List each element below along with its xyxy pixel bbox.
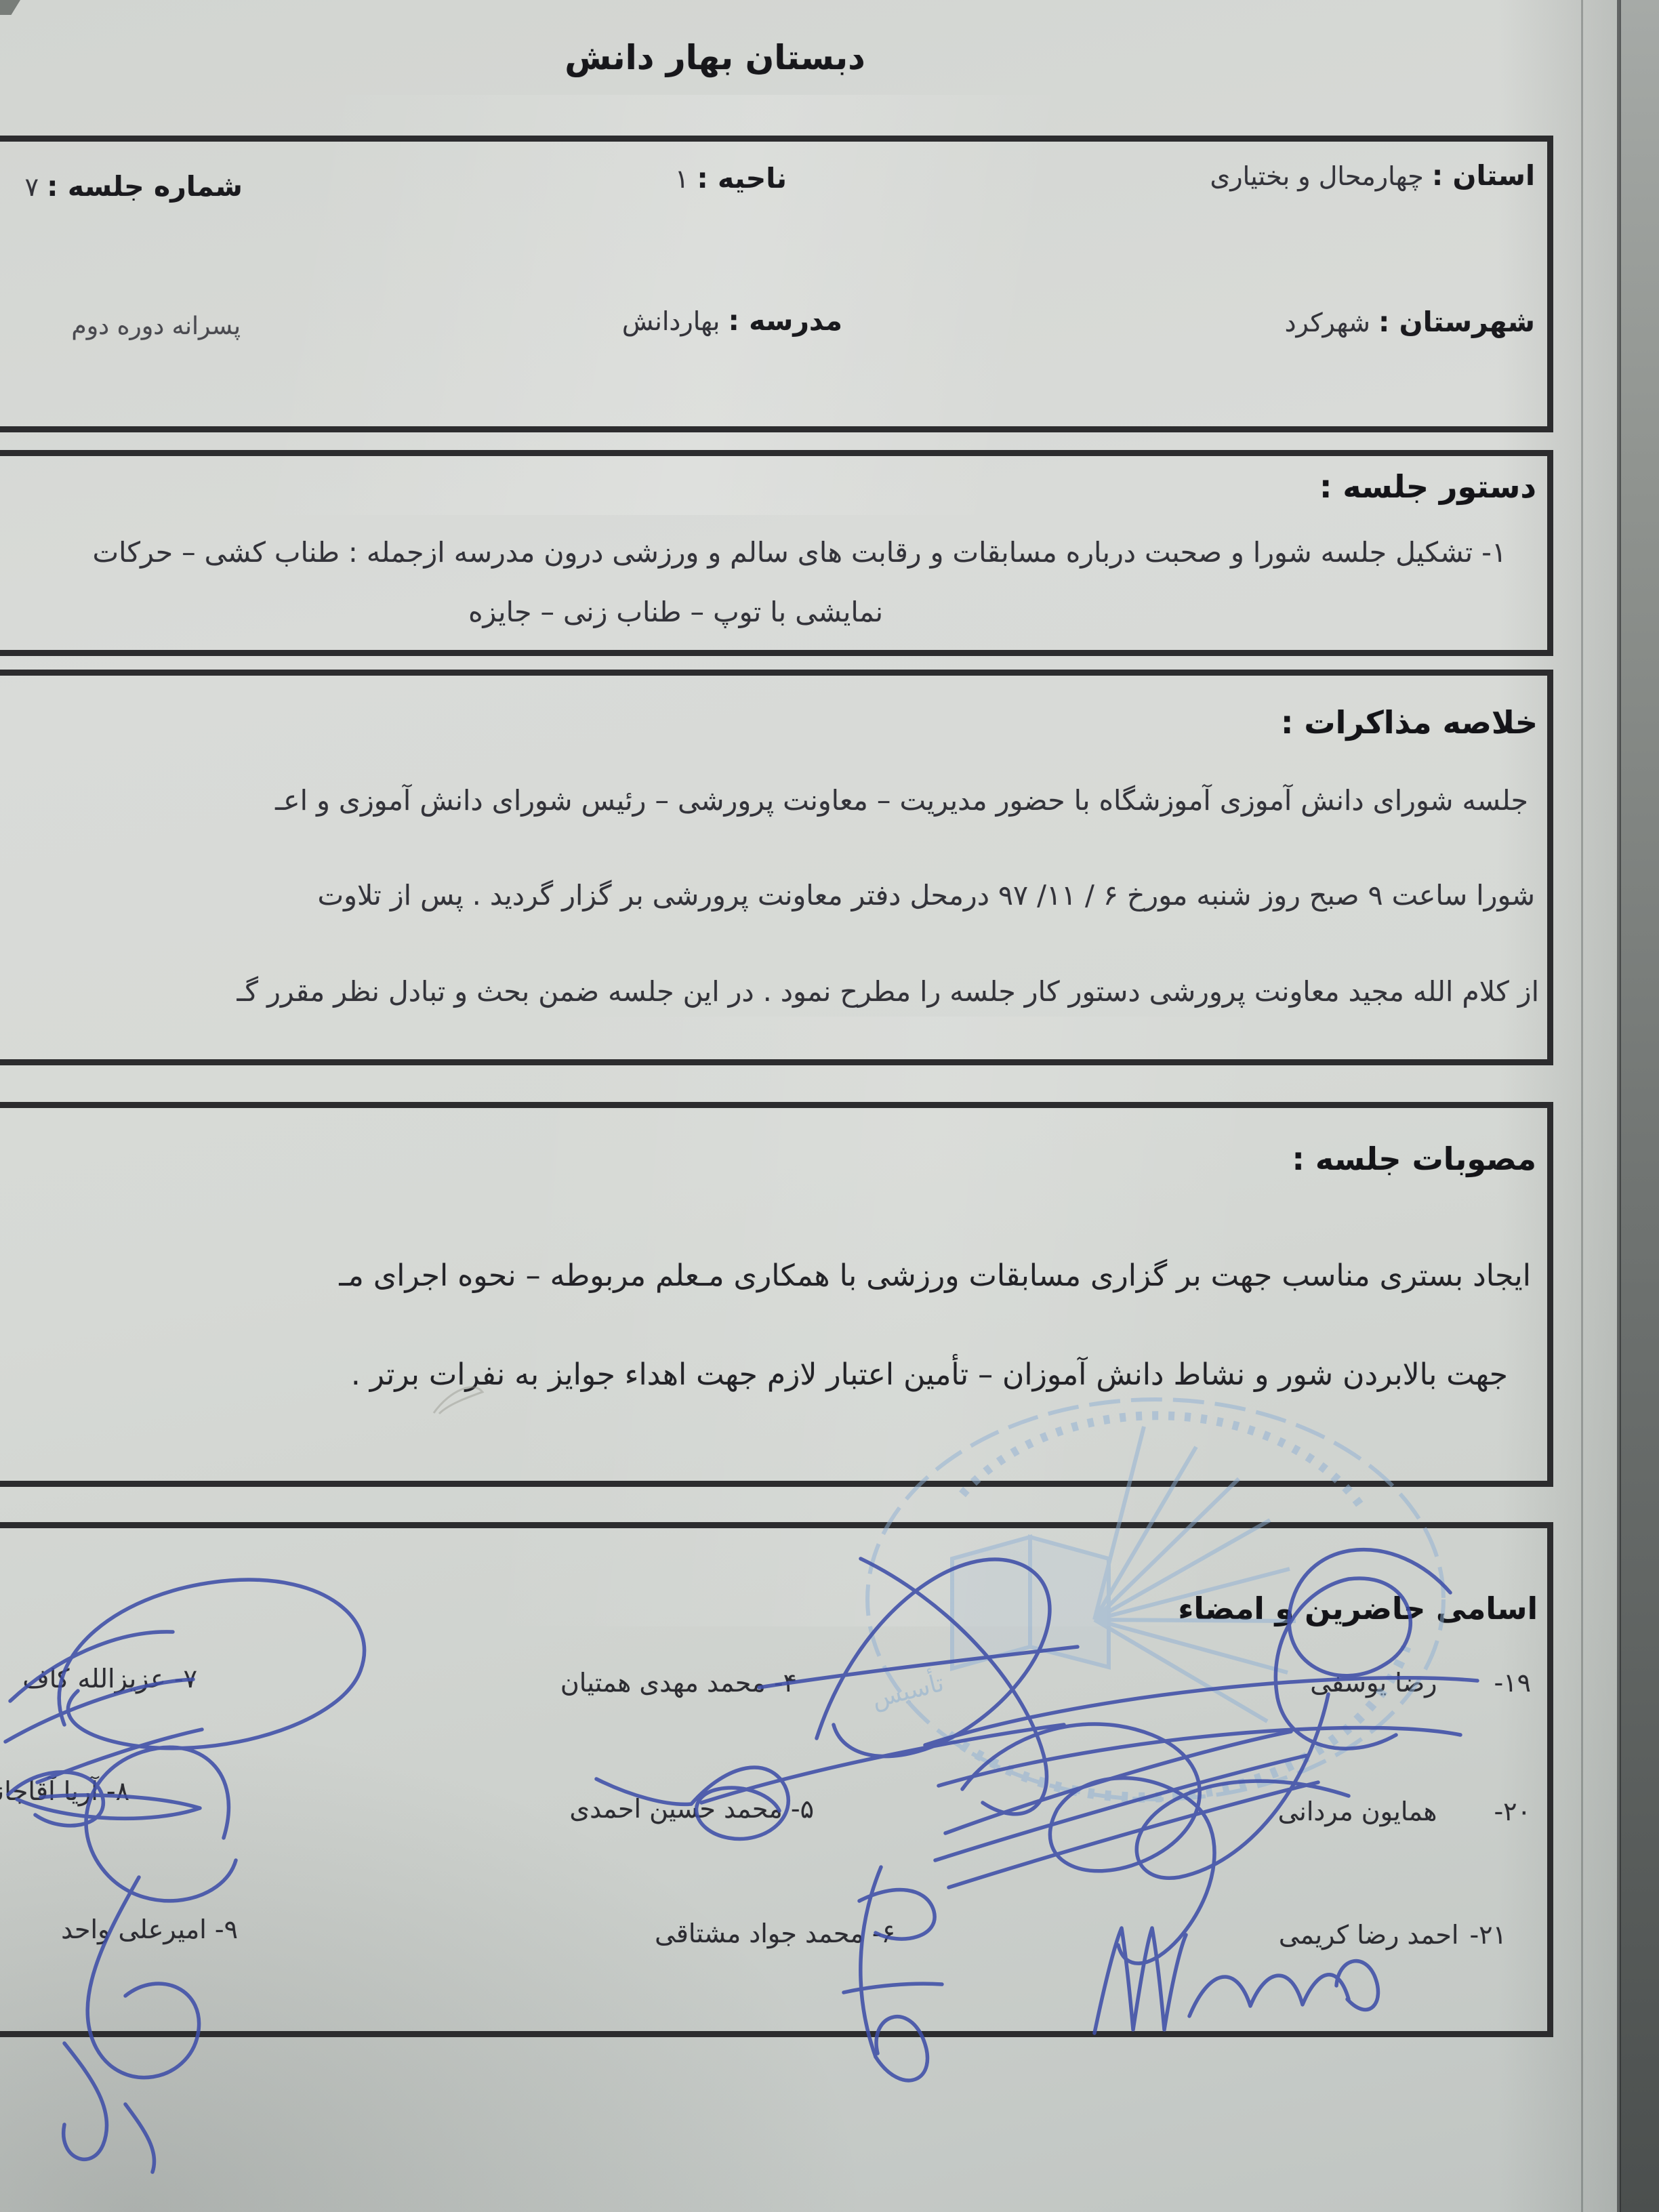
attendee-20: ۲۰- همایون مردانی xyxy=(1278,1797,1531,1826)
session-number-label: شماره جلسه : xyxy=(47,170,243,203)
attendees-box: اسامی حاضرین و امضاء ۱۹- رضا یوسفی ۴- مح… xyxy=(0,1522,1553,2037)
county-label: شهرستان : xyxy=(1378,306,1535,338)
province-value: چهارمحال و بختیاری xyxy=(1210,161,1424,191)
province-label: استان : xyxy=(1432,159,1535,192)
county-field: شهرستان : شهرکرد xyxy=(1285,306,1535,338)
attendees-heading: اسامی حاضرین و امضاء xyxy=(1178,1591,1538,1626)
resolutions-box: مصوبات جلسه : ایجاد بستری مناسب جهت بر گ… xyxy=(0,1102,1553,1487)
summary-line-1: جلسه شورای دانش آموزی آموزشگاه با حضور م… xyxy=(275,784,1528,817)
header-box: استان : چهارمحال و بختیاری ناحیه : ۱ شما… xyxy=(0,136,1553,432)
summary-line-2: شورا ساعت ۹ صبح روز شنبه مورخ ۶ / ۱۱/ ۹۷… xyxy=(318,879,1535,912)
agenda-box: دستور جلسه : ۱- تشکیل جلسه شورا و صحبت د… xyxy=(0,450,1553,656)
paper-edge-line xyxy=(1617,0,1621,2212)
attendee-6: ۶- محمد جواد مشتاقی xyxy=(655,1919,895,1948)
province-field: استان : چهارمحال و بختیاری xyxy=(1210,159,1536,192)
session-number-value: ۷ xyxy=(25,172,39,202)
attendee-8: ۸- آریا آقاجانی xyxy=(0,1776,129,1806)
attendee-9: ۹- امیرعلی واحد xyxy=(61,1914,238,1944)
sleeve-edge-line xyxy=(1581,0,1583,2212)
school-field: مدرسه : بهاردانش xyxy=(622,304,842,337)
background-edge-strip xyxy=(1620,0,1659,2212)
attendee-21-number: ۲۱- xyxy=(1469,1920,1507,1950)
attendee-19: ۱۹- رضا یوسفی xyxy=(1310,1668,1531,1698)
school-type-note: پسرانه دوره دوم xyxy=(71,312,241,340)
agenda-heading: دستور جلسه : xyxy=(1319,468,1536,505)
summary-box: خلاصه مذاکرات : جلسه شورای دانش آموزی آم… xyxy=(0,670,1553,1065)
district-field: ناحیه : ۱ xyxy=(675,162,787,194)
school-label: مدرسه : xyxy=(728,304,842,337)
document-title: دبستان بهار دانش xyxy=(0,38,1430,77)
session-number-field: شماره جلسه : ۷ xyxy=(25,170,243,203)
attendee-7: ۷- عزیزالله کاف xyxy=(22,1664,197,1694)
agenda-line-1: ۱- تشکیل جلسه شورا و صحبت درباره مسابقات… xyxy=(92,536,1507,569)
school-value: بهاردانش xyxy=(622,306,720,336)
attendee-21-name: احمد رضا کریمی xyxy=(1279,1920,1459,1950)
attendee-19-name: رضا یوسفی xyxy=(1310,1668,1437,1698)
attendee-5: ۵- محمد حسین احمدی xyxy=(569,1794,814,1824)
attendee-19-number: ۱۹- xyxy=(1494,1668,1531,1698)
attendee-20-number: ۲۰- xyxy=(1494,1797,1531,1826)
resolutions-heading: مصوبات جلسه : xyxy=(1292,1141,1536,1177)
agenda-line-2: نمایشی با توپ – طناب زنی – جایزه xyxy=(468,596,883,628)
attendee-4: ۴- محمد مهدی همتیان xyxy=(560,1668,797,1698)
county-value: شهرکرد xyxy=(1285,308,1370,337)
summary-line-3: از کلام الله مجید معاونت پرورشی دستور کا… xyxy=(237,975,1539,1008)
district-value: ۱ xyxy=(675,164,689,194)
district-label: ناحیه : xyxy=(697,162,787,194)
summary-heading: خلاصه مذاکرات : xyxy=(1281,704,1538,741)
resolutions-line-2: جهت بالابردن شور و نشاط دانش آموزان – تأ… xyxy=(351,1357,1508,1392)
resolutions-line-1: ایجاد بستری مناسب جهت بر گزاری مسابقات و… xyxy=(339,1258,1531,1293)
attendee-20-name: همایون مردانی xyxy=(1278,1797,1437,1826)
attendee-21: ۲۱- احمد رضا کریمی xyxy=(1279,1920,1507,1950)
